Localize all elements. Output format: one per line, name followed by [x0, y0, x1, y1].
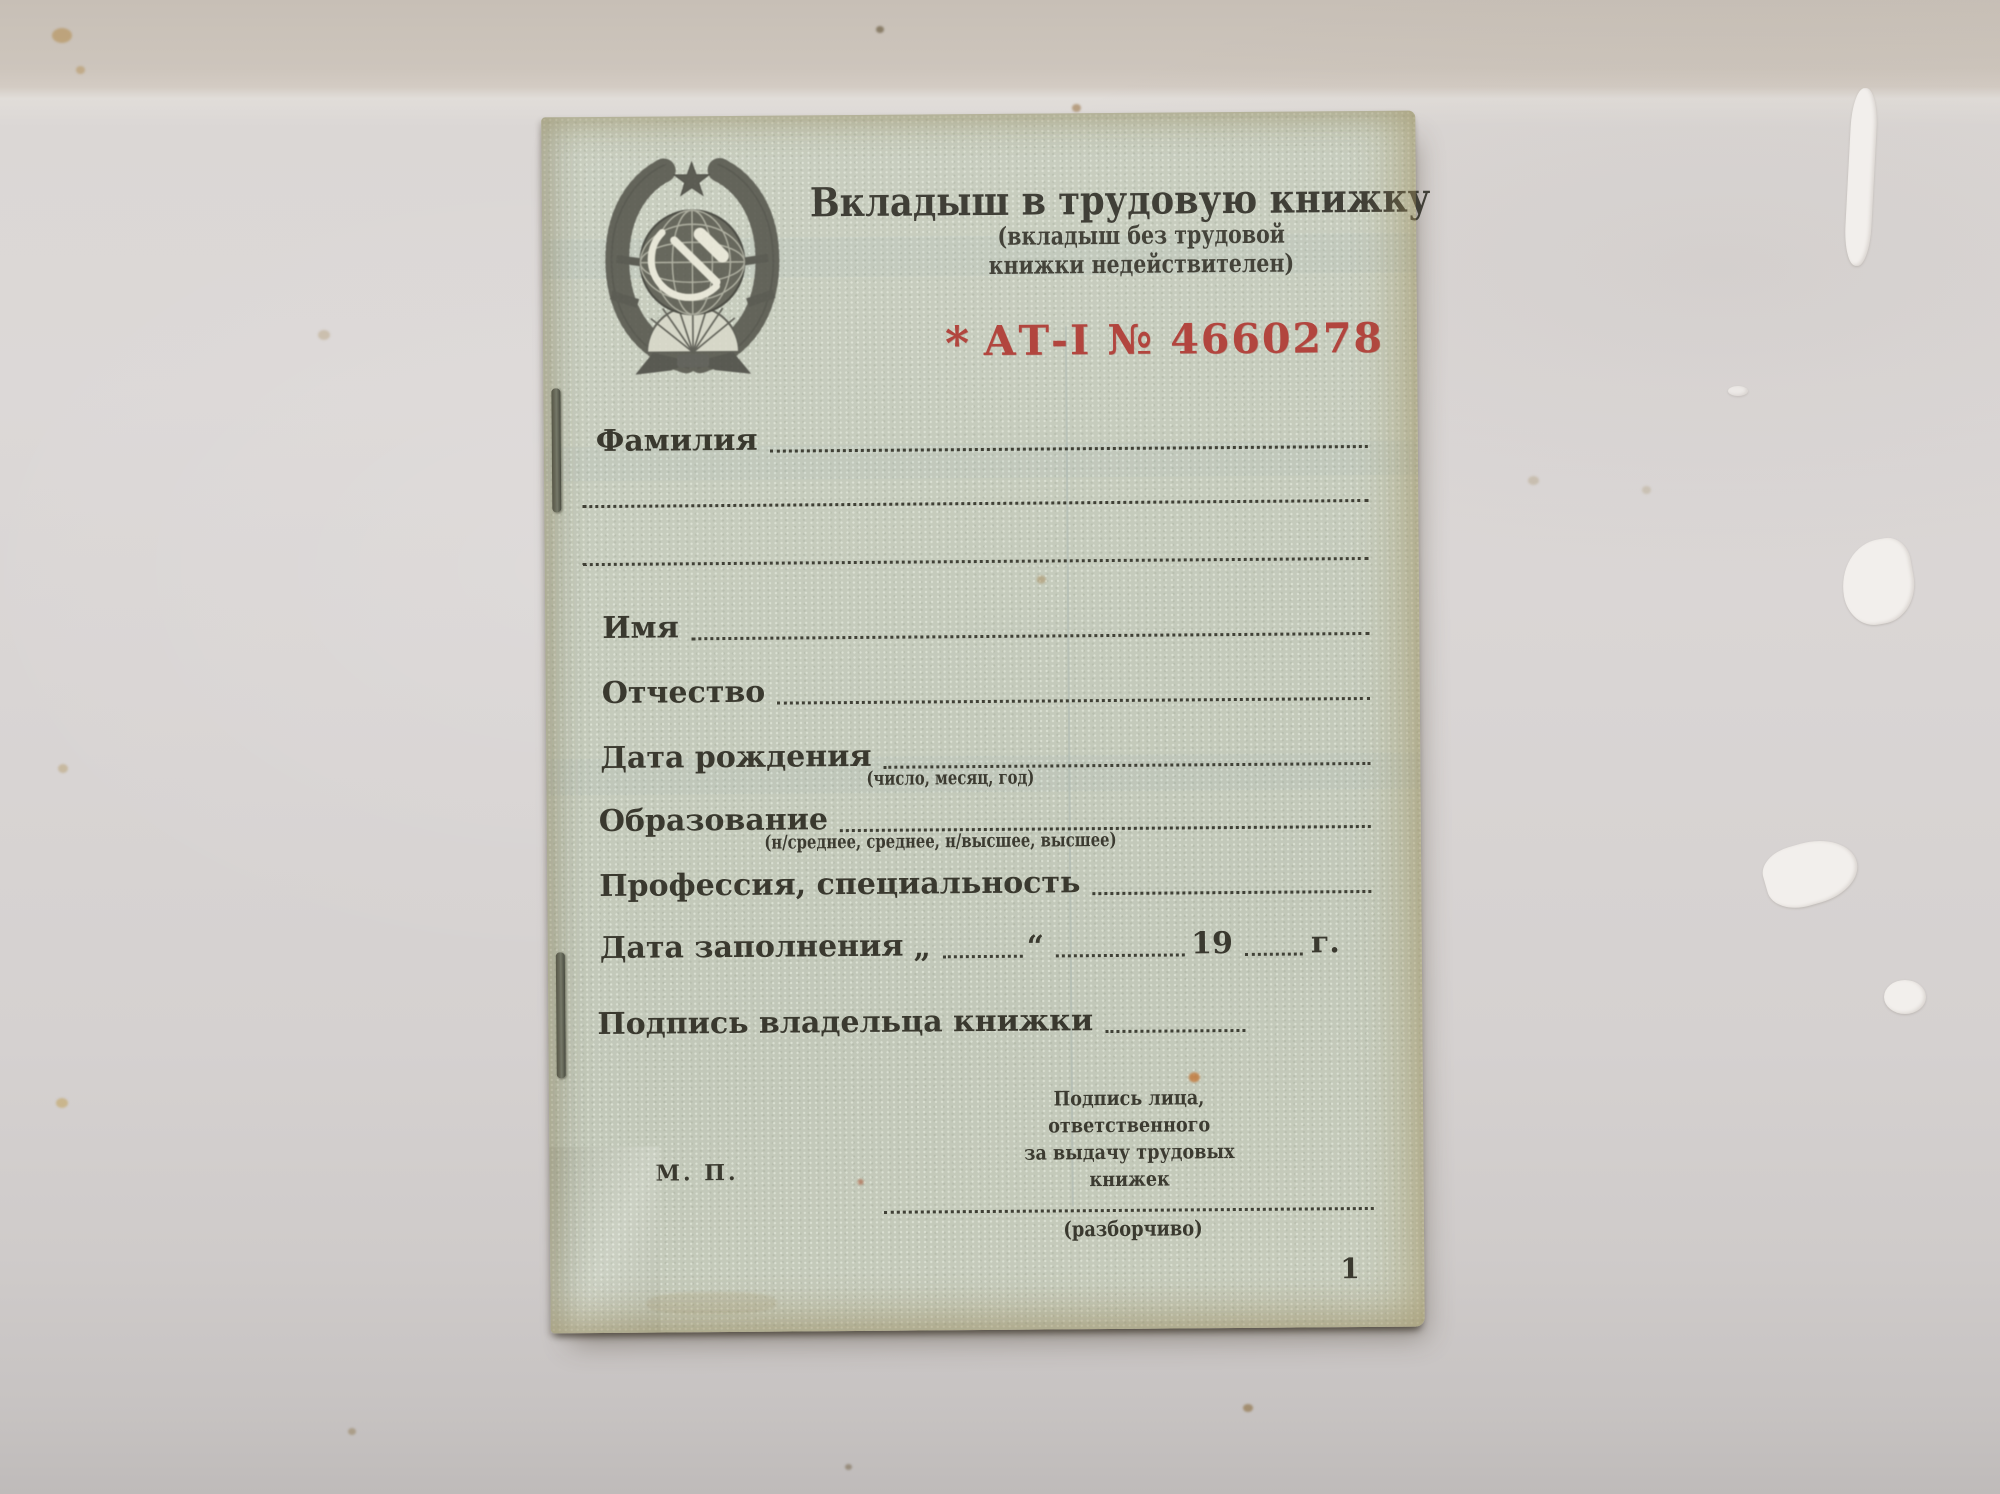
table-stain: [76, 66, 85, 74]
issuer-signature-fill-line: [884, 1207, 1374, 1214]
seal-place-mark: М. П.: [655, 1160, 738, 1187]
profession-label: Профессия, специальность: [599, 866, 1080, 904]
staple: [551, 388, 561, 512]
birth-date-hint: (число, месяц, год): [853, 766, 1048, 790]
table-stain: [876, 26, 884, 33]
owner-signature-label: Подпись владельца книжки: [597, 1004, 1093, 1042]
star-glyph-icon: *: [945, 316, 971, 370]
patronymic-label: Отчество: [602, 676, 766, 712]
form-subtitle-line2: книжки недействителен): [977, 248, 1305, 280]
table-stain: [348, 1428, 356, 1435]
year-suffix: г.: [1311, 926, 1340, 961]
surname-label: Фамилия: [596, 424, 758, 460]
surname-extra-line: [582, 499, 1368, 508]
form-subtitle: (вкладыш без трудовой книжки недействите…: [977, 219, 1305, 280]
labor-book-insert-page: Вкладыш в трудовую книжку (вкладыш без т…: [541, 111, 1425, 1334]
patronymic-fill-line: [777, 696, 1370, 704]
issuer-signature-line1: Подпись лица, ответственного: [988, 1084, 1270, 1140]
fill-date-month-line: [1056, 953, 1185, 957]
table-stain: [58, 764, 68, 773]
birth-date-label: Дата рождения: [600, 740, 872, 777]
paper-stain: [1037, 576, 1046, 584]
legibility-hint: (разборчиво): [1005, 1215, 1260, 1242]
ussr-coat-of-arms-icon: [588, 155, 798, 382]
table-stain: [56, 1098, 68, 1108]
profession-fill-line: [1093, 889, 1372, 894]
wall-paint-chip: [1835, 534, 1920, 629]
table-stain: [845, 1464, 852, 1470]
wall-paint-chip: [1843, 87, 1878, 266]
wall-paint-chip: [1728, 386, 1748, 396]
table-stain: [52, 28, 72, 43]
fill-date-day-line: [943, 954, 1023, 958]
close-quote: “: [1027, 930, 1045, 963]
serial-number: *АТ-І № 4660278: [945, 309, 1384, 366]
paper-crease: [549, 1147, 660, 1334]
form-subtitle-line1: (вкладыш без трудовой: [977, 219, 1305, 251]
surname-extra-line: [583, 557, 1369, 566]
name-fill-line: [691, 631, 1369, 639]
table-stain: [1072, 104, 1081, 112]
name-label: Имя: [602, 611, 679, 646]
table-stain: [1528, 476, 1539, 485]
table-stain: [1642, 486, 1651, 494]
issuer-signature-line2: за выдачу трудовых книжек: [988, 1138, 1270, 1194]
wall-paint-chip: [1884, 980, 1926, 1014]
fill-date-year-line: [1245, 952, 1303, 955]
photo-backdrop: { "backdrop": { "base_color": "#d8d4d3",…: [0, 0, 2000, 1494]
serial-number-text: АТ-І № 4660278: [983, 314, 1384, 365]
paper-stain: [646, 1292, 776, 1315]
form-title: Вкладыш в трудовую книжку: [810, 174, 1431, 226]
table-stain: [1243, 1404, 1253, 1412]
staple: [556, 952, 566, 1078]
open-quote: „: [913, 931, 931, 964]
wall-paint-chip: [1757, 830, 1864, 916]
surname-fill-line: [770, 444, 1368, 452]
page-number: 1: [1340, 1252, 1360, 1285]
paper-stain: [858, 1179, 864, 1185]
year-prefix: 19: [1191, 927, 1233, 962]
table-stain: [318, 330, 330, 340]
owner-signature-line: [1105, 1028, 1245, 1032]
fill-date-label: Дата заполнения: [600, 930, 904, 967]
paper-stain: [1189, 1072, 1200, 1082]
education-hint: (н/среднее, среднее, н/высшее, высшее): [764, 830, 1029, 854]
issuer-signature-caption: Подпись лица, ответственного за выдачу т…: [988, 1084, 1270, 1194]
